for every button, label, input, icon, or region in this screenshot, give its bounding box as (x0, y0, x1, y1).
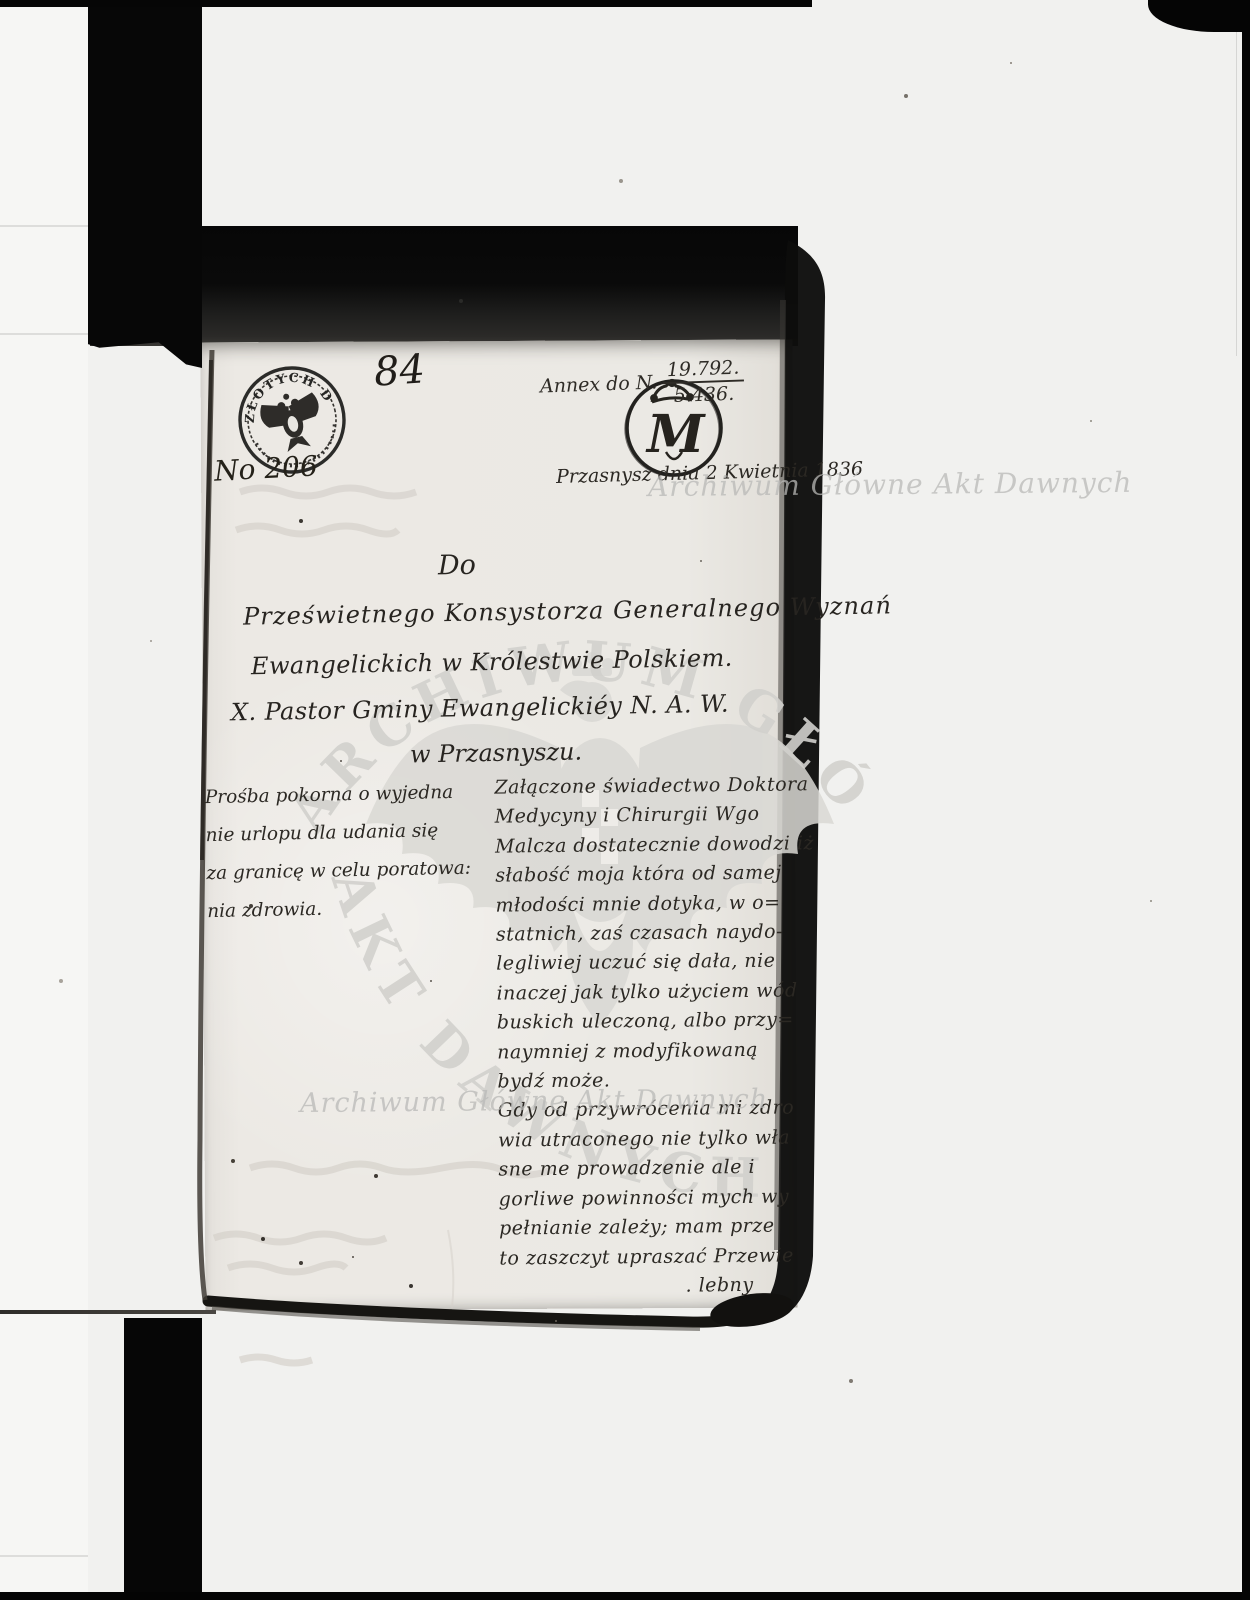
annex-denominator: 5.436. (663, 381, 744, 407)
body-line: statnich, zaś czasach naydo- (496, 917, 794, 950)
body-line: wia utraconego nie tylko wła (498, 1123, 796, 1156)
film-top-strip (0, 0, 812, 7)
microfilm-scan: ARCHIWUM GŁÓWNE AKT DAWNYCH ZŁOTYCH DWA (0, 0, 1250, 1600)
archive-watermark-text: Archiwum Główne Akt Dawnych (648, 466, 1133, 503)
annex-prefix: Annex do N. (540, 371, 658, 397)
address-line: w Przasnyszu. (410, 738, 583, 769)
folio-number: 84 (372, 346, 426, 395)
double-eagle-icon (257, 387, 328, 457)
body-line: Medycyny i Chirurgii Wgo (495, 800, 793, 833)
body-line: młodości mnie dotyka, w o= (495, 888, 793, 921)
address-salutation: Do (438, 550, 476, 582)
body-line: to zaszczyt upraszać Przewie (499, 1241, 797, 1274)
margin-note-line: Prośba pokorna o wyjedna (204, 773, 505, 817)
catchword: . lebny (499, 1270, 797, 1303)
annex-note: Annex do N.19.792.5.436. (539, 356, 744, 411)
margin-note-line: nie urlopu dla udania się (205, 811, 506, 855)
film-bottom-strip (0, 1592, 1250, 1600)
body-line: legliwiej uczuć się dała, nie (496, 947, 794, 980)
margin-note-line: nia zdrowia. (207, 887, 508, 931)
margin-note: Prośba pokorna o wyjedna nie urlopu dla … (204, 773, 507, 931)
body-line: Malcza dostatecznie dowodzi iż (495, 829, 793, 862)
body-line: buskich uleczoną, albo przy= (497, 1006, 795, 1039)
body-line: Załączone świadectwo Doktora (494, 770, 792, 803)
registry-number: No 206 (213, 449, 318, 487)
archive-watermark-text: Archiwum Główne Akt Dawnych (300, 1084, 768, 1119)
monogram-letter: M (645, 404, 706, 465)
body-text: Załączone świadectwo Doktora Medycyny i … (494, 770, 798, 1302)
body-line: słabość moja która od samej (495, 859, 793, 892)
body-line: pełnianie zależy; mam prze (499, 1212, 797, 1245)
annex-numerator: 19.792. (662, 356, 743, 384)
body-line: naymniej z modyfikowaną (497, 1035, 795, 1068)
ink-specks (0, 0, 2, 2)
margin-note-line: za granicę w celu poratowa: (206, 849, 507, 893)
body-line: sne me prowadzenie ale i (498, 1153, 796, 1186)
film-right-strip (1242, 0, 1250, 1600)
body-line: inaczej jak tylko użyciem wód (496, 976, 794, 1009)
body-line: gorliwe powinności mych wy (499, 1182, 797, 1215)
